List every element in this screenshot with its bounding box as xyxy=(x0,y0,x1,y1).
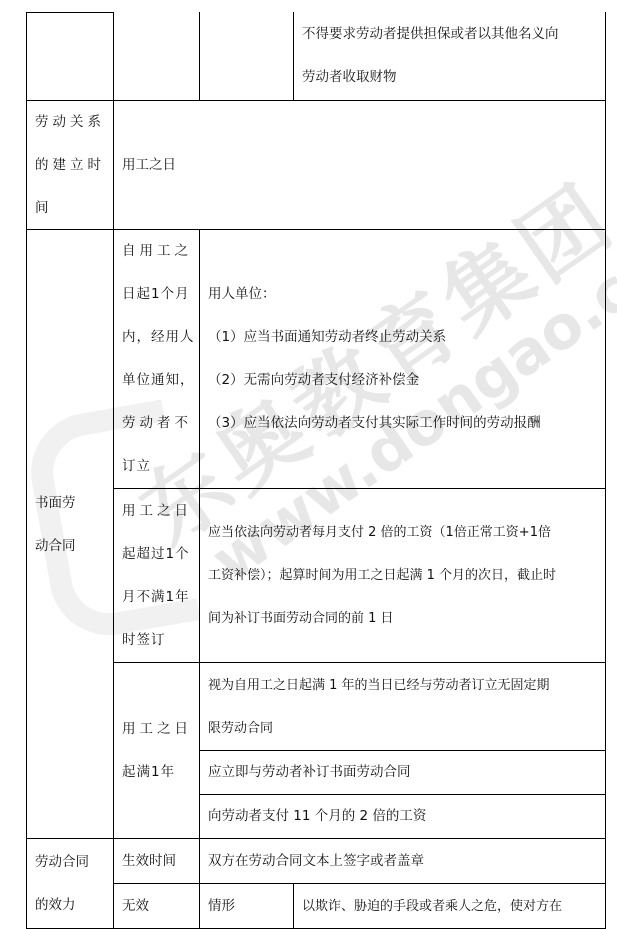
written-contract-label-cell: 书面劳 动合同 xyxy=(27,480,113,570)
content-line: 应当依法向劳动者每月支付 2 倍的工资（1倍正常工资+1倍 xyxy=(208,511,601,554)
label-line: 间 xyxy=(35,187,109,230)
condition-line: 起满1年 xyxy=(122,751,195,794)
content-line: 工资补偿）；起算时间为用工之日起满 1 个月的次日，截止时 xyxy=(208,554,601,597)
content-line: （2）无需向劳动者支付经济补偿金 xyxy=(208,359,601,402)
condition-within-1-month-cell: 自用工之 日起1个月 内，经用人 单位通知， 劳动者不 订立 xyxy=(114,230,199,488)
condition-line: 月不满1年 xyxy=(122,576,195,619)
content-line: 视为自用工之日起满 1 年的当日已经与劳动者订立无固定期 xyxy=(208,664,601,707)
content-line: （3）应当依法向劳动者支付其实际工作时间的劳动报酬 xyxy=(208,402,601,445)
condition-line: 单位通知， xyxy=(122,359,195,402)
content-line: 用人单位： xyxy=(208,273,601,316)
content-text: 用工之日 xyxy=(122,144,601,187)
effective-time-label-cell: 生效时间 xyxy=(114,839,199,883)
consequence-full-1-year-item-3: 向劳动者支付 11 个月的 2 倍的工资 xyxy=(200,795,605,838)
validity-label-cell: 劳动合同 的效力 xyxy=(27,839,113,929)
condition-line: 用工之日 xyxy=(122,490,195,533)
sub-label: 生效时间 xyxy=(122,840,195,883)
consequence-over-1-month-cell: 应当依法向劳动者每月支付 2 倍的工资（1倍正常工资+1倍 工资补偿）；起算时间… xyxy=(200,489,605,662)
table-border-top-cell1 xyxy=(26,12,114,13)
sub-sub-label: 情形 xyxy=(208,885,289,928)
condition-line: 日起1个月 xyxy=(122,273,195,316)
label-line: 劳动合同 xyxy=(35,841,109,884)
condition-over-1-month-cell: 用工之日 起超过1个 月不满1年 时签订 xyxy=(114,489,199,662)
establishment-content-cell: 用工之日 xyxy=(114,101,605,229)
effective-time-content-cell: 双方在劳动合同文本上签字或者盖章 xyxy=(200,839,605,883)
col-divider-2-top xyxy=(199,12,200,100)
label-line: 的建立时 xyxy=(35,144,109,187)
text-line: 不得要求劳动者提供担保或者以其他名义向 xyxy=(302,13,601,56)
condition-full-1-year-cell: 用工之日 起满1年 xyxy=(114,663,199,838)
sub-label: 无效 xyxy=(122,885,195,928)
label-line: 劳动关系 xyxy=(35,101,109,144)
content-line: （1）应当书面通知劳动者终止劳动关系 xyxy=(208,316,601,359)
invalid-circumstance-label-cell: 情形 xyxy=(200,884,293,928)
consequence-full-1-year-item-1: 视为自用工之日起满 1 年的当日已经与劳动者订立无固定期 限劳动合同 xyxy=(200,663,605,750)
content-line: 限劳动合同 xyxy=(208,707,601,750)
content-text: 双方在劳动合同文本上签字或者盖章 xyxy=(208,840,601,883)
content-line: 间为补订书面劳动合同的前 1 日 xyxy=(208,597,601,640)
label-line: 的效力 xyxy=(35,884,109,927)
label-line: 动合同 xyxy=(35,525,109,568)
consequence-full-1-year-item-2: 应立即与劳动者补订书面劳动合同 xyxy=(200,751,605,794)
consequence-within-1-month-cell: 用人单位： （1）应当书面通知劳动者终止劳动关系 （2）无需向劳动者支付经济补偿… xyxy=(200,230,605,488)
condition-line: 劳动者不 xyxy=(122,402,195,445)
text-line: 劳动者收取财物 xyxy=(302,56,601,99)
condition-line: 用工之日 xyxy=(122,708,195,751)
condition-line: 时签订 xyxy=(122,619,195,662)
invalid-circumstance-content-cell: 以欺诈、胁迫的手段或者乘人之危，使对方在 xyxy=(294,884,605,928)
invalid-label-cell: 无效 xyxy=(114,884,199,928)
table-border-right xyxy=(605,12,606,929)
document-page: 东奥教育集团 www.dongao.com 不得要求劳动者提供担保或者以其他名义… xyxy=(0,0,617,929)
label-line: 书面劳 xyxy=(35,482,109,525)
condition-line: 自用工之 xyxy=(122,230,195,273)
condition-line: 订立 xyxy=(122,445,195,488)
establishment-label-cell: 劳动关系 的建立时 间 xyxy=(27,101,113,229)
continued-content-cell: 不得要求劳动者提供担保或者以其他名义向 劳动者收取财物 xyxy=(294,12,605,100)
content-text: 以欺诈、胁迫的手段或者乘人之危，使对方在 xyxy=(302,885,601,928)
condition-line: 内，经用人 xyxy=(122,316,195,359)
content-line: 向劳动者支付 11 个月的 2 倍的工资 xyxy=(208,795,601,838)
condition-line: 起超过1个 xyxy=(122,533,195,576)
content-line: 应立即与劳动者补订书面劳动合同 xyxy=(208,751,601,794)
